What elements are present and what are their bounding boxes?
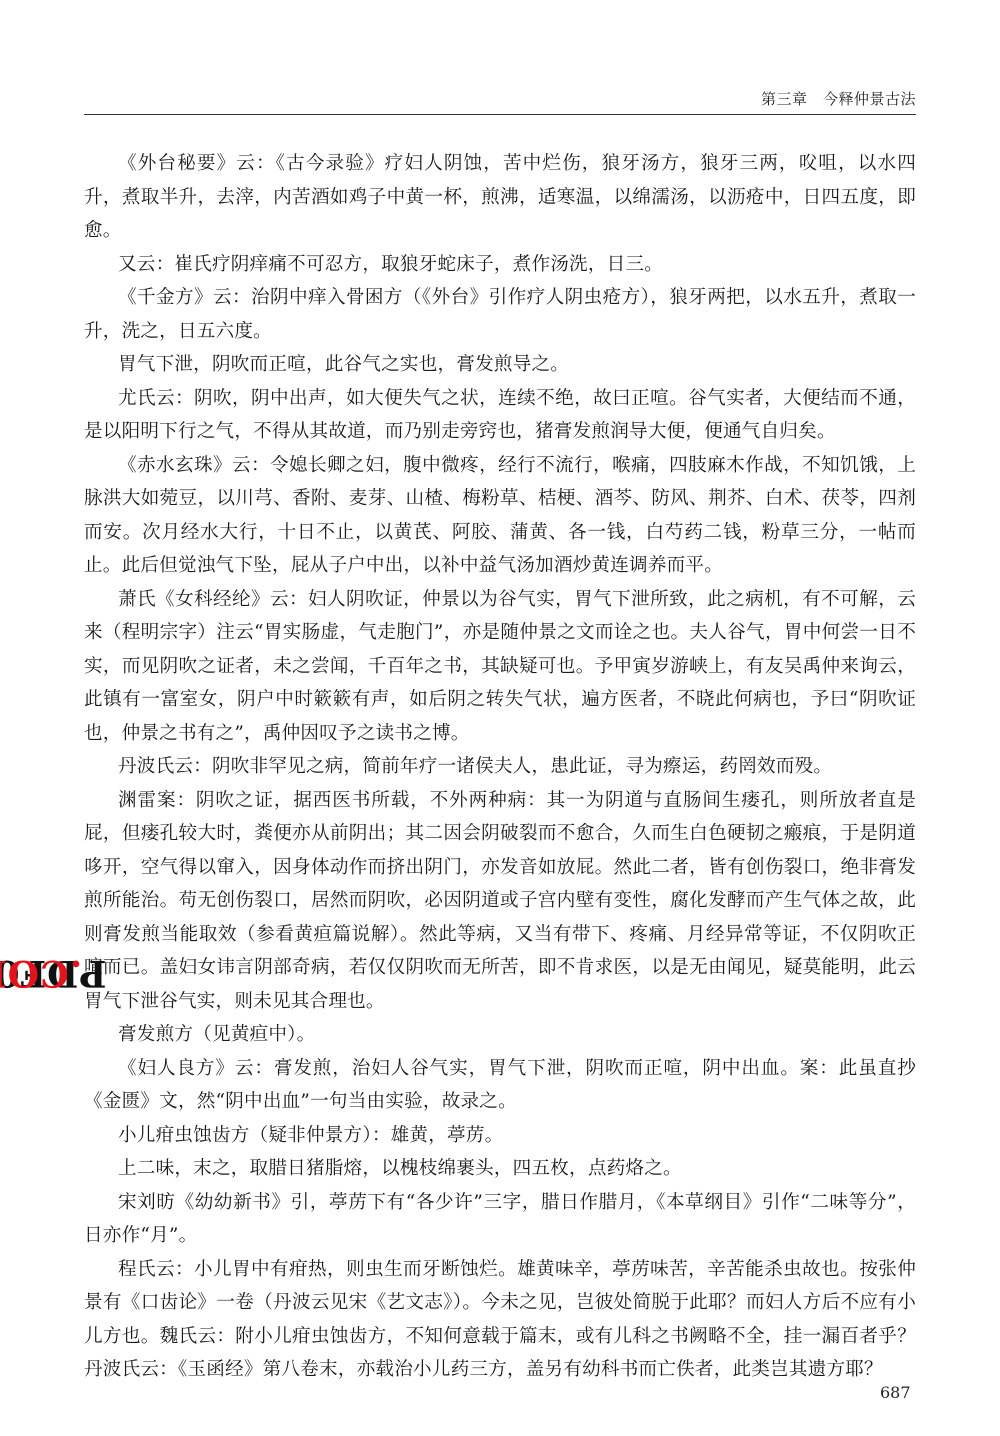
running-header: 第三章 今释仲景古法 — [84, 88, 916, 115]
paragraph: 《赤水玄珠》云：令媳长卿之妇，腹中微疼，经行不流行，喉痛，四肢麻木作战，不知饥饿… — [84, 449, 916, 583]
paragraph: 尤氏云：阴吹，阴中出声，如大便失气之状，连续不绝，故曰正喧。谷气实者，大便结而不… — [84, 382, 916, 449]
paragraph: 上二味，末之，取腊日猪脂熔，以槐枝绵裹头，四五枚，点药烙之。 — [84, 1152, 916, 1186]
paragraph: 丹波氏云：阴吹非罕见之病，简前年疗一诸侯夫人，患此证，寻为瘵运，药罔效而殁。 — [84, 750, 916, 784]
paragraph: 萧氏《女科经纶》云：妇人阴吹证，仲景以为谷气实，胃气下泄所致，此之病机，有不可解… — [84, 583, 916, 751]
paragraph: 《妇人良方》云：膏发煎，治妇人谷气实，胃气下泄，阴吹而正喧，阴中出血。案：此虽直… — [84, 1052, 916, 1119]
paragraph: 宋刘昉《幼幼新书》引，葶苈下有“各少许”三字，腊日作腊月，《本草纲目》引作“二味… — [84, 1186, 916, 1253]
paragraph: 膏发煎方（见黄疸中）。 — [84, 1018, 916, 1052]
paragraph: 又云：崔氏疗阴痒痛不可忍方，取狼牙蛇床子，煮作汤洗，日三。 — [84, 248, 916, 282]
page-number: 687 — [880, 1383, 911, 1402]
page-body: 《外台秘要》云：《古今录验》疗妇人阴蚀，苦中烂伤，狼牙汤方，狼牙三两，㕮咀，以水… — [84, 147, 916, 1387]
paragraph: 《千金方》云：治阴中痒入骨困方（《外台》引作疗人阴虫疮方），狼牙两把，以水五升，… — [84, 281, 916, 348]
chapter-title: 第三章 今释仲景古法 — [761, 88, 916, 109]
paragraph: 《外台秘要》云：《古今录验》疗妇人阴蚀，苦中烂伤，狼牙汤方，狼牙三两，㕮咀，以水… — [84, 147, 916, 248]
paragraph: 胃气下泄，阴吹而正喧，此谷气之实也，膏发煎导之。 — [84, 348, 916, 382]
paragraph: 小儿疳虫蚀齿方（疑非仲景方）：雄黄，葶苈。 — [84, 1119, 916, 1153]
watermark-red-text: .COM — [0, 952, 82, 994]
watermark: PDF001.COM — [4, 848, 44, 1098]
paragraph: 渊雷案：阴吹之证，据西医书所载，不外两种病：其一为阴道与直肠间生瘘孔，则所放者直… — [84, 784, 916, 1019]
paragraph: 程氏云：小儿胃中有疳热，则虫生而牙断蚀烂。雄黄味辛，葶苈味苦，辛苦能杀虫故也。按… — [84, 1253, 916, 1387]
